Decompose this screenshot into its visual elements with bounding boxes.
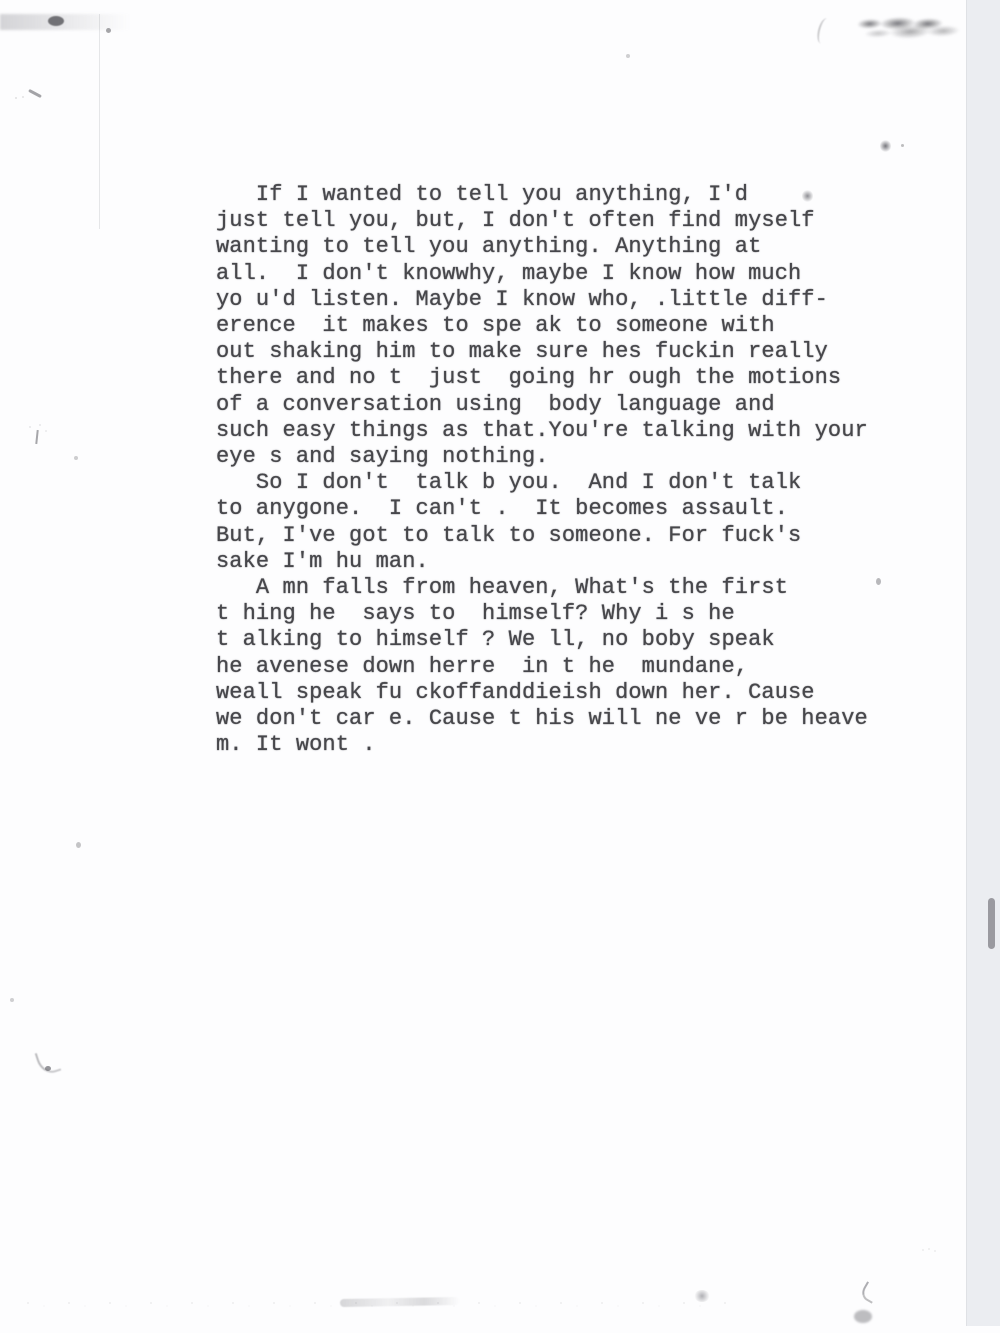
scrollbar-track — [966, 0, 1000, 1326]
text-line: out shaking him to make sure hes fuckin … — [216, 339, 916, 365]
ink-speck-left-2 — [76, 842, 81, 848]
ink-dot-bottom-left — [45, 1066, 51, 1071]
text-line: we don't car e. Cause t his will ne ve r… — [216, 706, 916, 732]
pencil-squiggle-bottom-left — [35, 1047, 61, 1076]
ink-specks-left-margin — [13, 95, 27, 100]
ink-speck-top-left — [106, 28, 111, 33]
speck-cluster-bottom — [340, 1297, 460, 1307]
text-line: A mn falls from heaven, What's the first — [216, 575, 916, 601]
text-line: eye s and saying nothing. — [216, 444, 916, 470]
text-line: weall speak fu ckoffanddieish down her. … — [216, 680, 916, 706]
ink-specks-left-margin-2 — [26, 423, 50, 435]
ink-mark-right-margin — [880, 140, 891, 152]
scan-scribble-top-right — [847, 7, 964, 51]
text-line: t hing he says to himself? Why i s he — [216, 601, 916, 627]
typewritten-text: If I wanted to tell you anything, I'd ju… — [216, 182, 916, 758]
text-line: erence it makes to spe ak to someone wit… — [216, 313, 916, 339]
scanned-page: If I wanted to tell you anything, I'd ju… — [0, 0, 1000, 1333]
pencil-dash-left-margin — [28, 89, 42, 98]
text-line: such easy things as that.You're talking … — [216, 418, 916, 444]
text-line: t alking to himself ? We ll, no boby spe… — [216, 627, 916, 653]
text-line: just tell you, but, I don't often find m… — [216, 208, 916, 234]
paper-crease-line — [99, 14, 100, 229]
scan-smudge-top-left — [0, 14, 130, 30]
text-line: all. I don't knowwhy, maybe I know how m… — [216, 261, 916, 287]
ink-dashes-bottom-right — [920, 1246, 938, 1254]
text-line: sake I'm hu man. — [216, 549, 916, 575]
text-line: m. It wont . — [216, 732, 916, 758]
text-line: to anygone. I can't . It becomes assault… — [216, 496, 916, 522]
ink-speck-left-1 — [74, 456, 78, 460]
pencil-arc-top-right — [815, 17, 833, 45]
ink-speck-top-center — [626, 54, 630, 58]
text-line: there and no t just going hr ough the mo… — [216, 365, 916, 391]
scrollbar-thumb[interactable] — [988, 898, 995, 949]
text-line: But, I've got to talk to someone. For fu… — [216, 523, 916, 549]
ink-blob-top-left — [48, 16, 64, 26]
pencil-squiggle-bottom-right — [859, 1281, 880, 1303]
text-line: If I wanted to tell you anything, I'd — [216, 182, 916, 208]
ink-speck-left-3 — [10, 998, 14, 1002]
text-line: he avenese down herre in t he mundane, — [216, 654, 916, 680]
ink-tick-left-margin — [35, 430, 38, 444]
text-line: of a conversation using body language an… — [216, 392, 916, 418]
text-line: yo u'd listen. Maybe I know who, .little… — [216, 287, 916, 313]
ink-mark-bottom — [694, 1290, 710, 1302]
text-line: wanting to tell you anything. Anything a… — [216, 234, 916, 260]
speck-band-bottom — [20, 1296, 740, 1310]
text-line: So I don't talk b you. And I don't talk — [216, 470, 916, 496]
ink-speck-right-margin — [901, 144, 904, 147]
ink-blob-bottom-right — [854, 1310, 872, 1323]
